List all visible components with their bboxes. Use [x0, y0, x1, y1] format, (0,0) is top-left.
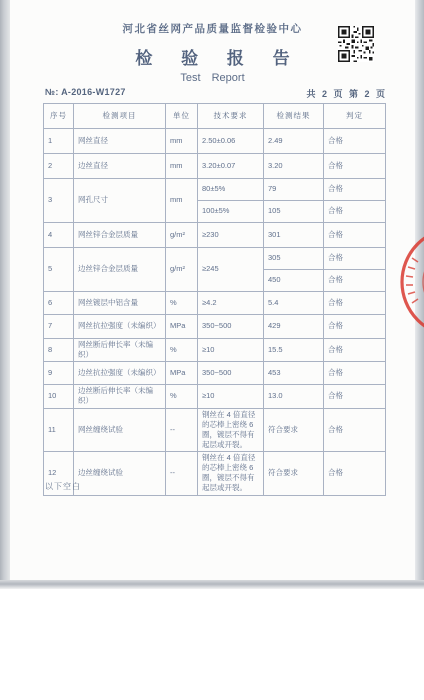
cell-result: 5.4	[264, 292, 324, 315]
cell-result: 305	[264, 248, 324, 270]
cell-requirement: 350~500	[198, 315, 264, 339]
cell-unit: MPa	[166, 315, 198, 339]
table-row: 12 边丝缠绕试验 -- 钢丝在 4 倍直径的芯棒上密绕 6 圈，镀层不得有起层…	[44, 452, 386, 496]
red-seam-seal-icon	[394, 236, 424, 328]
cell-result: 13.0	[264, 385, 324, 408]
qr-code-icon	[338, 26, 374, 62]
cell-seq: 11	[44, 408, 74, 452]
scan-edge-left	[0, 0, 10, 589]
cell-verdict: 合格	[324, 129, 386, 154]
cell-verdict: 合格	[324, 248, 386, 270]
table-row: 2 边丝直径 mm 3.20±0.07 3.20 合格	[44, 154, 386, 179]
cell-result: 105	[264, 201, 324, 223]
table-row: 6 网丝镀层中铝含量 % ≥4.2 5.4 合格	[44, 292, 386, 315]
cell-item: 网丝直径	[74, 129, 166, 154]
table-row: 3 网孔尺寸 mm 80±5% 79 合格	[44, 179, 386, 201]
cell-seq: 7	[44, 315, 74, 339]
cell-requirement: 钢丝在 4 倍直径的芯棒上密绕 6 圈，镀层不得有起层或开裂。	[198, 452, 264, 496]
cell-result: 453	[264, 362, 324, 385]
cell-seq: 4	[44, 223, 74, 248]
table-row: 7 网丝抗拉强度（未编织） MPa 350~500 429 合格	[44, 315, 386, 339]
table-row: 9 边丝抗拉强度（未编织） MPa 350~500 453 合格	[44, 362, 386, 385]
blank-below-note: 以下空白	[45, 481, 81, 492]
cell-item: 网丝镀层中铝含量	[74, 292, 166, 315]
cell-verdict: 合格	[324, 154, 386, 179]
cell-verdict: 合格	[324, 452, 386, 496]
table-row: 11 网丝缠绕试验 -- 钢丝在 4 倍直径的芯棒上密绕 6 圈，镀层不得有起层…	[44, 408, 386, 452]
cell-seq: 8	[44, 339, 74, 362]
col-header-item: 检测项目	[74, 104, 166, 129]
cell-unit: %	[166, 292, 198, 315]
cell-verdict: 合格	[324, 179, 386, 201]
cell-verdict: 合格	[324, 201, 386, 223]
cell-item: 边丝直径	[74, 154, 166, 179]
cell-seq: 1	[44, 129, 74, 154]
cell-requirement: 3.20±0.07	[198, 154, 264, 179]
cell-item: 边丝断后伸长率（未编织）	[74, 385, 166, 408]
cell-unit: mm	[166, 154, 198, 179]
cell-requirement: 2.50±0.06	[198, 129, 264, 154]
report-number: №: A-2016-W1727	[45, 87, 126, 97]
cell-item: 网丝抗拉强度（未编织）	[74, 315, 166, 339]
cell-unit: mm	[166, 129, 198, 154]
cell-seq: 10	[44, 385, 74, 408]
cell-verdict: 合格	[324, 362, 386, 385]
cell-item: 边丝锌合金层质量	[74, 248, 166, 292]
cell-unit: %	[166, 339, 198, 362]
table-row: 8 网丝断后伸长率（未编织） % ≥10 15.5 合格	[44, 339, 386, 362]
col-header-unit: 单位	[166, 104, 198, 129]
cell-item: 网孔尺寸	[74, 179, 166, 223]
cell-unit: %	[166, 385, 198, 408]
cell-unit: g/m²	[166, 248, 198, 292]
cell-verdict: 合格	[324, 292, 386, 315]
cell-verdict: 合格	[324, 339, 386, 362]
table-row: 4 网丝锌合金层质量 g/m² ≥230 301 合格	[44, 223, 386, 248]
cell-result: 符合要求	[264, 408, 324, 452]
cell-verdict: 合格	[324, 385, 386, 408]
cell-item: 网丝断后伸长率（未编织）	[74, 339, 166, 362]
cell-seq: 3	[44, 179, 74, 223]
cell-result: 15.5	[264, 339, 324, 362]
col-header-seq: 序号	[44, 104, 74, 129]
cell-unit: --	[166, 408, 198, 452]
cell-item: 网丝缠绕试验	[74, 408, 166, 452]
page-subtitle: Test Report	[10, 72, 415, 84]
col-header-verdict: 判定	[324, 104, 386, 129]
cell-requirement: 80±5%	[198, 179, 264, 201]
cell-item: 网丝锌合金层质量	[74, 223, 166, 248]
cell-verdict: 合格	[324, 408, 386, 452]
cell-requirement: ≥10	[198, 339, 264, 362]
cell-result: 79	[264, 179, 324, 201]
cell-result: 429	[264, 315, 324, 339]
table-row: 5 边丝锌合金层质量 g/m² ≥245 305 合格	[44, 248, 386, 270]
cell-unit: g/m²	[166, 223, 198, 248]
col-header-result: 检测结果	[264, 104, 324, 129]
cell-requirement: 350~500	[198, 362, 264, 385]
page-count: 共 2 页 第 2 页	[306, 87, 387, 100]
scan-edge-bottom	[0, 580, 424, 589]
cell-seq: 6	[44, 292, 74, 315]
cell-unit: MPa	[166, 362, 198, 385]
cell-requirement: 100±5%	[198, 201, 264, 223]
test-results-table: 序号 检测项目 单位 技术要求 检测结果 判定 1 网丝直径 mm 2.50±0…	[43, 103, 386, 496]
cell-requirement: ≥230	[198, 223, 264, 248]
cell-seq: 9	[44, 362, 74, 385]
cell-result: 符合要求	[264, 452, 324, 496]
cell-item: 边丝抗拉强度（未编织）	[74, 362, 166, 385]
scanned-report-page: 河北省丝网产品质量监督检验中心 检 验 报 告 Test Report №: A…	[0, 0, 424, 700]
cell-result: 301	[264, 223, 324, 248]
cell-unit: mm	[166, 179, 198, 223]
table-row: 1 网丝直径 mm 2.50±0.06 2.49 合格	[44, 129, 386, 154]
cell-seq: 2	[44, 154, 74, 179]
report-paper: 河北省丝网产品质量监督检验中心 检 验 报 告 Test Report №: A…	[10, 0, 415, 580]
cell-requirement: 钢丝在 4 倍直径的芯棒上密绕 6 圈，镀层不得有起层或开裂。	[198, 408, 264, 452]
cell-seq: 5	[44, 248, 74, 292]
cell-requirement: ≥245	[198, 248, 264, 292]
scan-area: 河北省丝网产品质量监督检验中心 检 验 报 告 Test Report №: A…	[0, 0, 424, 589]
col-header-requirement: 技术要求	[198, 104, 264, 129]
cell-result: 3.20	[264, 154, 324, 179]
table-row: 10 边丝断后伸长率（未编织） % ≥10 13.0 合格	[44, 385, 386, 408]
cell-verdict: 合格	[324, 315, 386, 339]
cell-item: 边丝缠绕试验	[74, 452, 166, 496]
cell-result: 2.49	[264, 129, 324, 154]
cell-requirement: ≥4.2	[198, 292, 264, 315]
cell-result: 450	[264, 270, 324, 292]
table-header-row: 序号 检测项目 单位 技术要求 检测结果 判定	[44, 104, 386, 129]
cell-unit: --	[166, 452, 198, 496]
cell-verdict: 合格	[324, 223, 386, 248]
cell-requirement: ≥10	[198, 385, 264, 408]
cell-verdict: 合格	[324, 270, 386, 292]
